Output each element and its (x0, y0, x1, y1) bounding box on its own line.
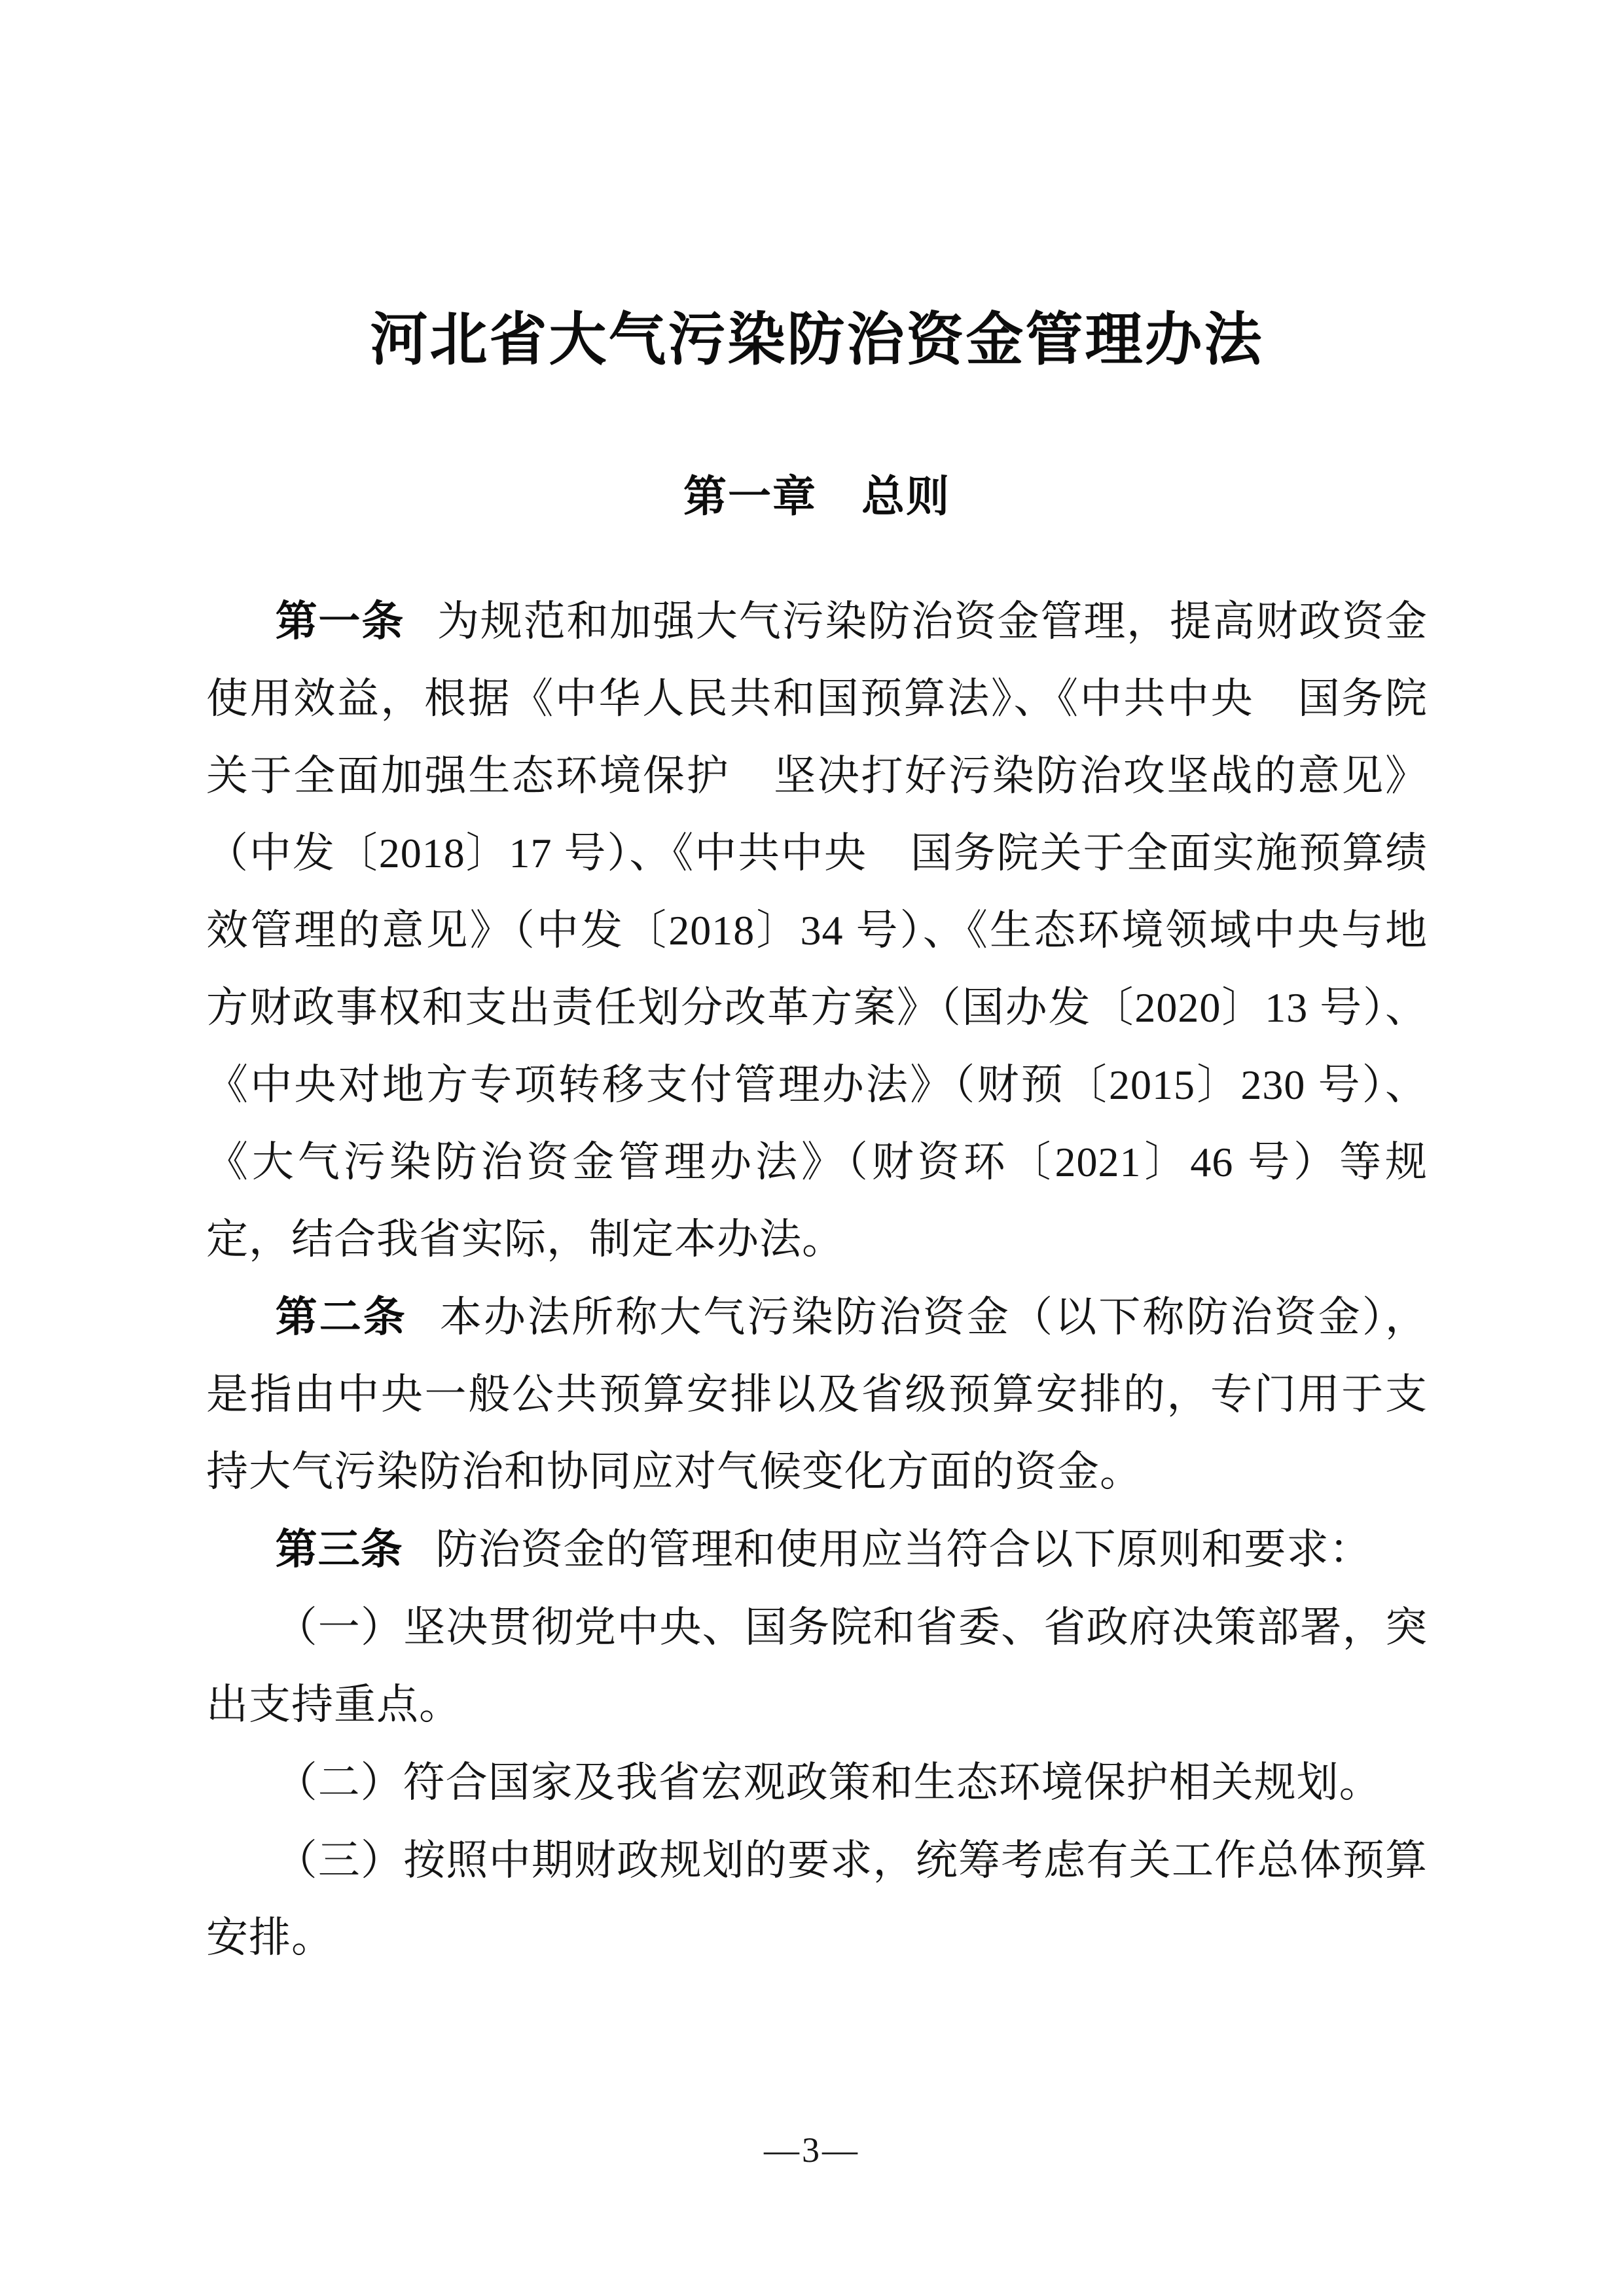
item-2-text: （二）符合国家及我省宏观政策和生态环境保护相关规划。 (276, 1759, 1382, 1806)
article-1-number: 第一条 (276, 598, 405, 645)
paragraph-item-3: （三）按照中期财政规划的要求，统筹考虑有关工作总体预算安排。 (206, 1821, 1428, 1977)
item-3-text: （三）按照中期财政规划的要求，统筹考虑有关工作总体预算安排。 (206, 1837, 1428, 1961)
article-3-number: 第三条 (276, 1526, 403, 1573)
article-2-number: 第二条 (276, 1293, 407, 1340)
paragraph-article-1: 第一条为规范和加强大气污染防治资金管理，提高财政资金使用效益，根据《中华人民共和… (206, 583, 1428, 1278)
article-1-text: 为规范和加强大气污染防治资金管理，提高财政资金使用效益，根据《中华人民共和国预算… (206, 598, 1428, 1263)
document-content: 河北省大气污染防治资金管理办法 第一章 总则 第一条为规范和加强大气污染防治资金… (0, 0, 1624, 1977)
paragraph-item-1: （一）坚决贯彻党中央、国务院和省委、省政府决策部署，突出支持重点。 (206, 1588, 1428, 1744)
item-1-text: （一）坚决贯彻党中央、国务院和省委、省政府决策部署，突出支持重点。 (206, 1604, 1428, 1728)
chapter-heading: 第一章 总则 (206, 471, 1428, 522)
document-page: 河北省大气污染防治资金管理办法 第一章 总则 第一条为规范和加强大气污染防治资金… (0, 0, 1624, 2296)
page-number: —3— (0, 2130, 1624, 2170)
article-3-text: 防治资金的管理和使用应当符合以下原则和要求： (436, 1526, 1372, 1573)
document-title: 河北省大气污染防治资金管理办法 (206, 306, 1428, 372)
paragraph-item-2: （二）符合国家及我省宏观政策和生态环境保护相关规划。 (206, 1744, 1428, 1821)
paragraph-article-2: 第二条本办法所称大气污染防治资金（以下称防治资金），是指由中央一般公共预算安排以… (206, 1278, 1428, 1511)
paragraph-article-3: 第三条防治资金的管理和使用应当符合以下原则和要求： (206, 1511, 1428, 1588)
